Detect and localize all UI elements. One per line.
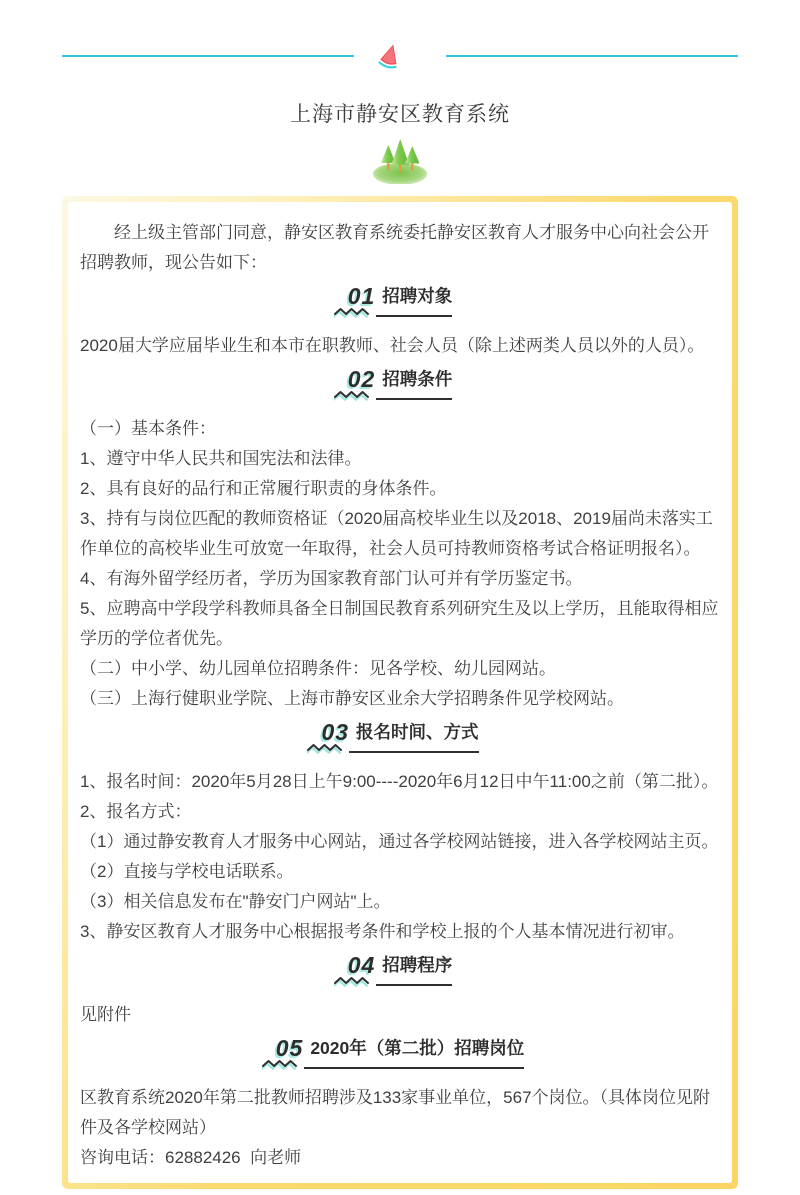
section-heading: 03 报名时间、方式 bbox=[80, 719, 720, 755]
notice-paragraph: （三）上海行健职业学院、上海市静安区业余大学招聘条件见学校网站。 bbox=[80, 684, 720, 714]
zigzag-wave-icon bbox=[262, 1058, 302, 1071]
notice-paragraph: （2）直接与学校电话联系。 bbox=[80, 857, 720, 887]
notice-paragraph: 经上级主管部门同意，静安区教育系统委托静安区教育人才服务中心向社会公开招聘教师，… bbox=[80, 218, 720, 278]
divider-line-left bbox=[62, 55, 354, 57]
notice-paragraph: 5、应聘高中学段学科教师具备全日制国民教育系列研究生及以上学历，且能取得相应学历… bbox=[80, 594, 720, 654]
section-rule bbox=[376, 984, 453, 987]
notice-paragraph: （一）基本条件： bbox=[80, 414, 720, 444]
notice-box: 经上级主管部门同意，静安区教育系统委托静安区教育人才服务中心向社会公开招聘教师，… bbox=[68, 202, 732, 1183]
zigzag-wave-icon bbox=[334, 306, 374, 319]
section-heading: 02 招聘条件 bbox=[80, 366, 720, 402]
notice-paragraph: （二）中小学、幼儿园单位招聘条件：见各学校、幼儿园网站。 bbox=[80, 654, 720, 684]
notice-paragraph: 1、报名时间：2020年5月28日上午9:00----2020年6月12日中午1… bbox=[80, 767, 720, 797]
notice-paragraph: 见附件 bbox=[80, 1000, 720, 1030]
section-rule bbox=[376, 398, 453, 401]
notice-paragraph: 3、持有与岗位匹配的教师资格证（2020届高校毕业生以及2018、2019届尚未… bbox=[80, 504, 720, 564]
notice-paragraph: 区教育系统2020年第二批教师招聘涉及133家事业单位，567个岗位。（具体岗位… bbox=[80, 1083, 720, 1143]
notice-paragraph: 2020届大学应届毕业生和本市在职教师、社会人员（除上述两类人员以外的人员）。 bbox=[80, 331, 720, 361]
notice-paragraph: 咨询电话：62882426 向老师 bbox=[80, 1143, 720, 1173]
notice-paragraph: 1、遵守中华人民共和国宪法和法律。 bbox=[80, 444, 720, 474]
notice-paragraph: 2、报名方式： bbox=[80, 797, 720, 827]
zigzag-wave-icon bbox=[334, 389, 374, 402]
section-underline bbox=[334, 389, 453, 402]
divider-line-right bbox=[446, 55, 738, 57]
section-heading: 05 2020年（第二批）招聘岗位 bbox=[80, 1035, 720, 1071]
page: 上海市静安区教育系统 bbox=[0, 40, 800, 1189]
section-rule bbox=[349, 751, 478, 754]
section-rule bbox=[304, 1067, 525, 1070]
notice-paragraph: 3、静安区教育人才服务中心根据报考条件和学校上报的个人基本情况进行初审。 bbox=[80, 917, 720, 947]
notice-paragraph: （3）相关信息发布在"静安门户网站"上。 bbox=[80, 887, 720, 917]
section-underline bbox=[334, 975, 453, 988]
notice-paragraph: （1）通过静安教育人才服务中心网站，通过各学校网站链接，进入各学校网站主页。 bbox=[80, 827, 720, 857]
header-divider bbox=[62, 40, 738, 72]
watermelon-slice-icon bbox=[378, 42, 402, 77]
zigzag-wave-icon bbox=[334, 975, 374, 988]
notice-paragraph: 2、具有良好的品行和正常履行职责的身体条件。 bbox=[80, 474, 720, 504]
notice-frame: 经上级主管部门同意，静安区教育系统委托静安区教育人才服务中心向社会公开招聘教师，… bbox=[62, 196, 738, 1189]
page-title: 上海市静安区教育系统 bbox=[62, 98, 738, 128]
section-underline bbox=[262, 1058, 525, 1071]
section-rule bbox=[376, 315, 453, 318]
section-heading: 01 招聘对象 bbox=[80, 283, 720, 319]
section-heading: 04 招聘程序 bbox=[80, 952, 720, 988]
section-underline bbox=[307, 742, 478, 755]
zigzag-wave-icon bbox=[307, 742, 347, 755]
section-underline bbox=[334, 306, 453, 319]
notice-paragraph: 4、有海外留学经历者，学历为国家教育部门认可并有学历鉴定书。 bbox=[80, 564, 720, 594]
pine-trees-icon bbox=[62, 134, 738, 184]
